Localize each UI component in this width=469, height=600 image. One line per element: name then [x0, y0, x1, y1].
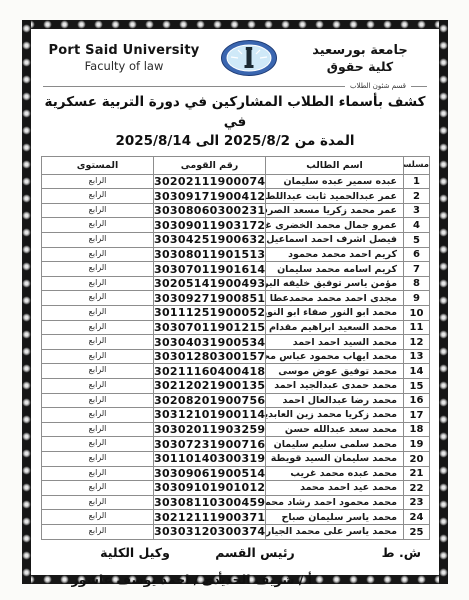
cell-national_id: 30308011901513	[154, 247, 266, 262]
cell-serial: 24	[404, 510, 430, 525]
cell-level: الرابع	[42, 408, 154, 423]
cell-serial: 20	[404, 451, 430, 466]
cell-name: محمد السيد احمد احمد	[266, 335, 404, 350]
cell-level: الرابع	[42, 174, 154, 189]
cell-name: عمرو جمال محمد الخضرى غنيمي	[266, 218, 404, 233]
table-row: 10محمد ابو النور صفاء ابو النور301112519…	[42, 306, 430, 321]
cell-name: محمد زكريا محمد زين العابدين	[266, 408, 404, 423]
cell-serial: 9	[404, 291, 430, 306]
cell-name: محمد ابو النور صفاء ابو النور	[266, 306, 404, 321]
table-row: 5فيصل اشرف احمد اسماعيل30304251900632الر…	[42, 233, 430, 248]
cell-level: الرابع	[42, 466, 154, 481]
cell-name: كريم احمد محمد محمود	[266, 247, 404, 262]
cell-level: الرابع	[42, 291, 154, 306]
table-row: 18محمد سعد عبدالله حسن30302011903259الرا…	[42, 422, 430, 437]
cell-national_id: 30110140300319	[154, 451, 266, 466]
cell-level: الرابع	[42, 524, 154, 539]
cell-serial: 14	[404, 364, 430, 379]
header-serial: مسلسل	[404, 156, 430, 174]
cell-name: محمد السعيد ابراهيم مقدام محمد	[266, 320, 404, 335]
cell-serial: 7	[404, 262, 430, 277]
cell-name: فيصل اشرف احمد اسماعيل	[266, 233, 404, 248]
table-row: 12محمد السيد احمد احمد30304031900534الرا…	[42, 335, 430, 350]
cell-name: عبده سمير عبده سليمان	[266, 174, 404, 189]
cell-serial: 13	[404, 349, 430, 364]
document-sheet: Port Said University Faculty of law جا	[22, 20, 448, 584]
vice-dean-signature: أ .د / احمد يوسف عاشور	[72, 572, 223, 587]
cell-national_id: 30212021900135	[154, 379, 266, 394]
cell-national_id: 30302011903259	[154, 422, 266, 437]
cell-national_id: 30205141900493	[154, 276, 266, 291]
title-line-1: كشف بأسماء الطلاب المشاركين في دورة التر…	[41, 93, 429, 132]
cell-serial: 15	[404, 379, 430, 394]
document-title: كشف بأسماء الطلاب المشاركين في دورة التر…	[41, 93, 429, 152]
table-row: 8مؤمن ياسر توفيق خليفه البركى30205141900…	[42, 276, 430, 291]
cell-serial: 11	[404, 320, 430, 335]
cell-level: الرابع	[42, 481, 154, 496]
table-row: 20محمد سليمان السيد قويطة30110140300319ا…	[42, 451, 430, 466]
dept-head-label: رئيس القسم	[215, 545, 295, 560]
header-national-id: رقم القومى	[154, 156, 266, 174]
cell-serial: 4	[404, 218, 430, 233]
table-row: 1عبده سمير عبده سليمان30202111900074الرا…	[42, 174, 430, 189]
cell-national_id: 30208201900756	[154, 393, 266, 408]
cell-name: كريم اسامه محمد سليمان	[266, 262, 404, 277]
university-name-en: Port Said University	[45, 43, 203, 58]
cell-level: الرابع	[42, 218, 154, 233]
cell-name: محمد سعد عبدالله حسن	[266, 422, 404, 437]
cell-national_id: 30304251900632	[154, 233, 266, 248]
table-row: 17محمد زكريا محمد زين العابدين3031210190…	[42, 408, 430, 423]
students-table-body: 1عبده سمير عبده سليمان30202111900074الرا…	[42, 174, 430, 539]
faculty-name-ar: كلية حقوق	[295, 59, 425, 74]
cell-level: الرابع	[42, 437, 154, 452]
university-seal-icon	[220, 39, 278, 77]
cell-national_id: 30309101901012	[154, 481, 266, 496]
cell-level: الرابع	[42, 247, 154, 262]
cell-name: محمد حمدى عبدالجيد احمد	[266, 379, 404, 394]
cell-national_id: 30111251900052	[154, 306, 266, 321]
cell-name: عمر محمد زكريا مسعد الصرفى	[266, 203, 404, 218]
cell-name: محمد ايهاب محمود عباس محمد	[266, 349, 404, 364]
cell-serial: 17	[404, 408, 430, 423]
table-row: 7كريم اسامه محمد سليمان30307011901614الر…	[42, 262, 430, 277]
students-table: مسلسل اسم الطالب رقم القومى المستوى 1عبد…	[41, 156, 430, 540]
cell-name: عمر عبدالحميد ثابت عبداللطيف	[266, 189, 404, 204]
table-row: 19محمد سلمى سليم سليمان30307231900716الر…	[42, 437, 430, 452]
cell-national_id: 30308110300459	[154, 495, 266, 510]
header-arabic: جامعة بورسعيد كلية حقوق	[295, 43, 425, 74]
cell-serial: 25	[404, 524, 430, 539]
cell-level: الرابع	[42, 422, 154, 437]
cell-level: الرابع	[42, 233, 154, 248]
cell-national_id: 30312101900114	[154, 408, 266, 423]
cell-name: محمد محمود احمد رشاد محمد	[266, 495, 404, 510]
cell-level: الرابع	[42, 510, 154, 525]
chain-border-right	[439, 20, 448, 584]
chain-border-left	[22, 20, 31, 584]
cell-level: الرابع	[42, 320, 154, 335]
cell-level: الرابع	[42, 306, 154, 321]
chain-border-top	[22, 20, 448, 29]
cell-serial: 5	[404, 233, 430, 248]
title-line-2: المدة من 2025/8/2 الى 2025/8/14	[41, 132, 429, 152]
cell-serial: 19	[404, 437, 430, 452]
department-name: قسم شئون الطلاب	[345, 82, 411, 90]
faculty-name-en: Faculty of law	[45, 59, 203, 73]
cell-serial: 16	[404, 393, 430, 408]
table-row: 15محمد حمدى عبدالجيد احمد30212021900135ا…	[42, 379, 430, 394]
cell-serial: 22	[404, 481, 430, 496]
table-row: 13محمد ايهاب محمود عباس محمد303012803001…	[42, 349, 430, 364]
cell-level: الرابع	[42, 262, 154, 277]
table-row: 2عمر عبدالحميد ثابت عبداللطيف30309171900…	[42, 189, 430, 204]
cell-name: محمد سليمان السيد قويطة	[266, 451, 404, 466]
cell-level: الرابع	[42, 451, 154, 466]
staff-abbreviation: ش. ط	[382, 545, 421, 560]
table-row: 22محمد عيد احمد محمد30309101901012الرابع	[42, 481, 430, 496]
cell-name: محمد عبده محمد غريب	[266, 466, 404, 481]
header-english: Port Said University Faculty of law	[45, 43, 203, 73]
signature-footer: ش. ط رئيس القسم وكيل الكلية أ / شريف الح…	[41, 545, 429, 600]
table-row: 14محمد توفيق عوض موسى30211160400418الراب…	[42, 364, 430, 379]
cell-national_id: 30301280300157	[154, 349, 266, 364]
divider-line-short	[411, 86, 427, 87]
cell-level: الرابع	[42, 379, 154, 394]
cell-national_id: 30307011901614	[154, 262, 266, 277]
cell-national_id: 30308060300231	[154, 203, 266, 218]
cell-name: محمد عيد احمد محمد	[266, 481, 404, 496]
cell-national_id: 30307231900716	[154, 437, 266, 452]
cell-name: محمد ياسر سليمان صباح	[266, 510, 404, 525]
cell-serial: 12	[404, 335, 430, 350]
table-header-row: مسلسل اسم الطالب رقم القومى المستوى	[42, 156, 430, 174]
cell-name: محمد رضا عبدالعال احمد	[266, 393, 404, 408]
table-row: 4عمرو جمال محمد الخضرى غنيمي303090119031…	[42, 218, 430, 233]
table-row: 6كريم احمد محمد محمود30308011901513الراب…	[42, 247, 430, 262]
cell-serial: 23	[404, 495, 430, 510]
cell-level: الرابع	[42, 203, 154, 218]
header-level: المستوى	[42, 156, 154, 174]
cell-level: الرابع	[42, 189, 154, 204]
vice-dean-label: وكيل الكلية	[100, 545, 170, 560]
divider-line-long	[43, 86, 345, 87]
document-header: Port Said University Faculty of law جا	[41, 36, 429, 80]
cell-national_id: 30309271900851	[154, 291, 266, 306]
document-content: Port Said University Faculty of law جا	[31, 29, 439, 575]
cell-national_id: 30212111900371	[154, 510, 266, 525]
cell-serial: 3	[404, 203, 430, 218]
cell-serial: 6	[404, 247, 430, 262]
cell-level: الرابع	[42, 276, 154, 291]
cell-level: الرابع	[42, 335, 154, 350]
cell-national_id: 30307011901215	[154, 320, 266, 335]
cell-name: مجدى احمد محمد محمدعطا	[266, 291, 404, 306]
cell-level: الرابع	[42, 364, 154, 379]
table-row: 9مجدى احمد محمد محمدعطا30309271900851الر…	[42, 291, 430, 306]
header-student-name: اسم الطالب	[266, 156, 404, 174]
cell-national_id: 30309011903172	[154, 218, 266, 233]
cell-national_id: 30211160400418	[154, 364, 266, 379]
cell-name: محمد توفيق عوض موسى	[266, 364, 404, 379]
table-row: 23محمد محمود احمد رشاد محمد3030811030045…	[42, 495, 430, 510]
cell-national_id: 30304031900534	[154, 335, 266, 350]
cell-national_id: 30303120300374	[154, 524, 266, 539]
cell-level: الرابع	[42, 349, 154, 364]
table-row: 21محمد عبده محمد غريب30309061900514الراب…	[42, 466, 430, 481]
table-row: 25محمد ياسر على محمد الجيار3030312030037…	[42, 524, 430, 539]
table-row: 11محمد السعيد ابراهيم مقدام محمد30307011…	[42, 320, 430, 335]
cell-serial: 8	[404, 276, 430, 291]
cell-national_id: 30202111900074	[154, 174, 266, 189]
cell-serial: 10	[404, 306, 430, 321]
cell-serial: 1	[404, 174, 430, 189]
table-row: 3عمر محمد زكريا مسعد الصرفى3030806030023…	[42, 203, 430, 218]
table-row: 24محمد ياسر سليمان صباح30212111900371الر…	[42, 510, 430, 525]
cell-level: الرابع	[42, 393, 154, 408]
cell-serial: 18	[404, 422, 430, 437]
cell-serial: 21	[404, 466, 430, 481]
table-row: 16محمد رضا عبدالعال احمد30208201900756ال…	[42, 393, 430, 408]
university-name-ar: جامعة بورسعيد	[295, 43, 425, 58]
cell-name: محمد سلمى سليم سليمان	[266, 437, 404, 452]
cell-name: مؤمن ياسر توفيق خليفه البركى	[266, 276, 404, 291]
cell-national_id: 30309061900514	[154, 466, 266, 481]
cell-level: الرابع	[42, 495, 154, 510]
cell-name: محمد ياسر على محمد الجيار	[266, 524, 404, 539]
cell-national_id: 30309171900412	[154, 189, 266, 204]
cell-serial: 2	[404, 189, 430, 204]
header-divider: قسم شئون الطلاب	[43, 82, 427, 90]
